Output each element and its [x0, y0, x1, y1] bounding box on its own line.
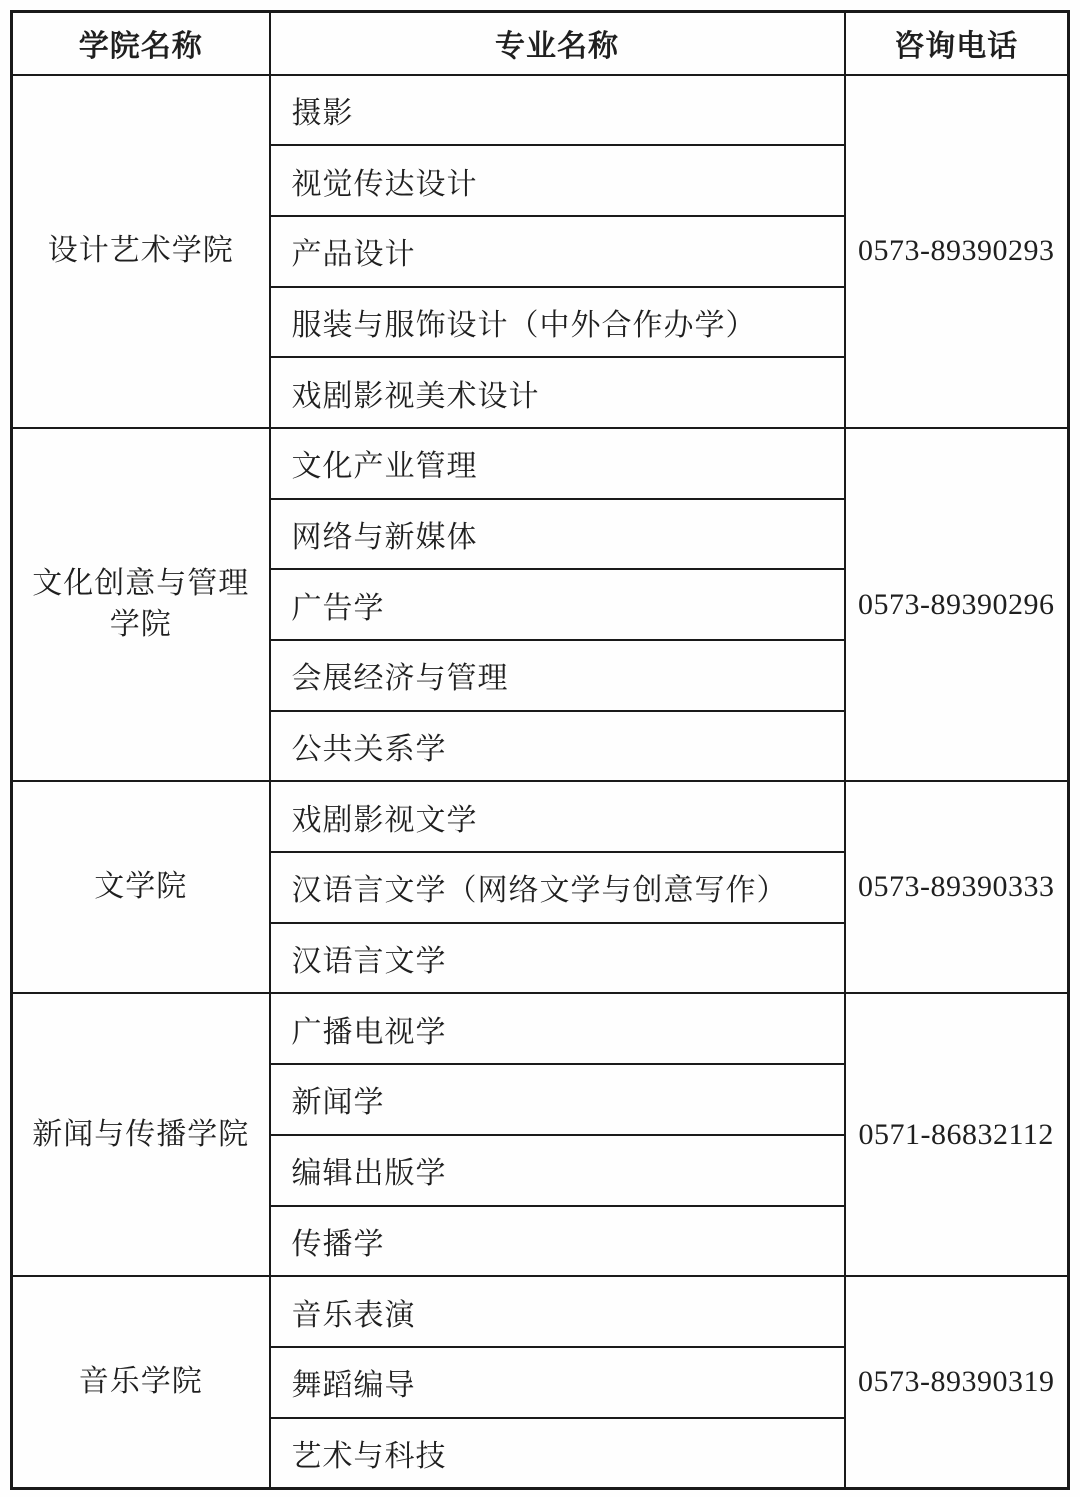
college-name: 音乐学院 — [12, 1276, 270, 1488]
table-row: 新闻与传播学院 广播电视学 0571-86832112 — [12, 993, 1069, 1064]
major-name: 产品设计 — [270, 216, 845, 287]
phone-number: 0573-89390333 — [845, 781, 1069, 993]
header-row: 学院名称 专业名称 咨询电话 — [12, 12, 1069, 75]
college-majors-table: 学院名称 专业名称 咨询电话 设计艺术学院 摄影 0573-89390293 视… — [10, 10, 1070, 1490]
major-name: 戏剧影视美术设计 — [270, 357, 845, 428]
major-name: 汉语言文学（网络文学与创意写作） — [270, 852, 845, 923]
table-row: 文化创意与管理 学院 文化产业管理 0573-89390296 — [12, 428, 1069, 499]
major-name: 汉语言文学 — [270, 923, 845, 994]
table-row: 音乐学院 音乐表演 0573-89390319 — [12, 1276, 1069, 1347]
table-row: 文学院 戏剧影视文学 0573-89390333 — [12, 781, 1069, 852]
phone-number: 0573-89390319 — [845, 1276, 1069, 1488]
major-name: 音乐表演 — [270, 1276, 845, 1347]
major-name: 广告学 — [270, 569, 845, 640]
major-name: 舞蹈编导 — [270, 1347, 845, 1418]
major-name: 新闻学 — [270, 1064, 845, 1135]
major-name: 视觉传达设计 — [270, 145, 845, 216]
major-name: 编辑出版学 — [270, 1135, 845, 1206]
major-name: 网络与新媒体 — [270, 499, 845, 570]
table-header: 学院名称 专业名称 咨询电话 — [12, 12, 1069, 75]
major-name: 会展经济与管理 — [270, 640, 845, 711]
header-major-name: 专业名称 — [270, 12, 845, 75]
phone-number: 0573-89390296 — [845, 428, 1069, 781]
college-name: 文化创意与管理 学院 — [12, 428, 270, 781]
major-name: 摄影 — [270, 75, 845, 146]
phone-number: 0571-86832112 — [845, 993, 1069, 1276]
table-row: 设计艺术学院 摄影 0573-89390293 — [12, 75, 1069, 146]
phone-number: 0573-89390293 — [845, 75, 1069, 428]
header-phone: 咨询电话 — [845, 12, 1069, 75]
major-name: 公共关系学 — [270, 711, 845, 782]
college-name: 新闻与传播学院 — [12, 993, 270, 1276]
major-name: 广播电视学 — [270, 993, 845, 1064]
college-name: 文学院 — [12, 781, 270, 993]
major-name: 艺术与科技 — [270, 1418, 845, 1489]
header-college-name: 学院名称 — [12, 12, 270, 75]
major-name: 传播学 — [270, 1206, 845, 1277]
page: 学院名称 专业名称 咨询电话 设计艺术学院 摄影 0573-89390293 视… — [0, 0, 1080, 1497]
major-name: 戏剧影视文学 — [270, 781, 845, 852]
college-name: 设计艺术学院 — [12, 75, 270, 428]
major-name: 服装与服饰设计（中外合作办学） — [270, 287, 845, 358]
major-name: 文化产业管理 — [270, 428, 845, 499]
